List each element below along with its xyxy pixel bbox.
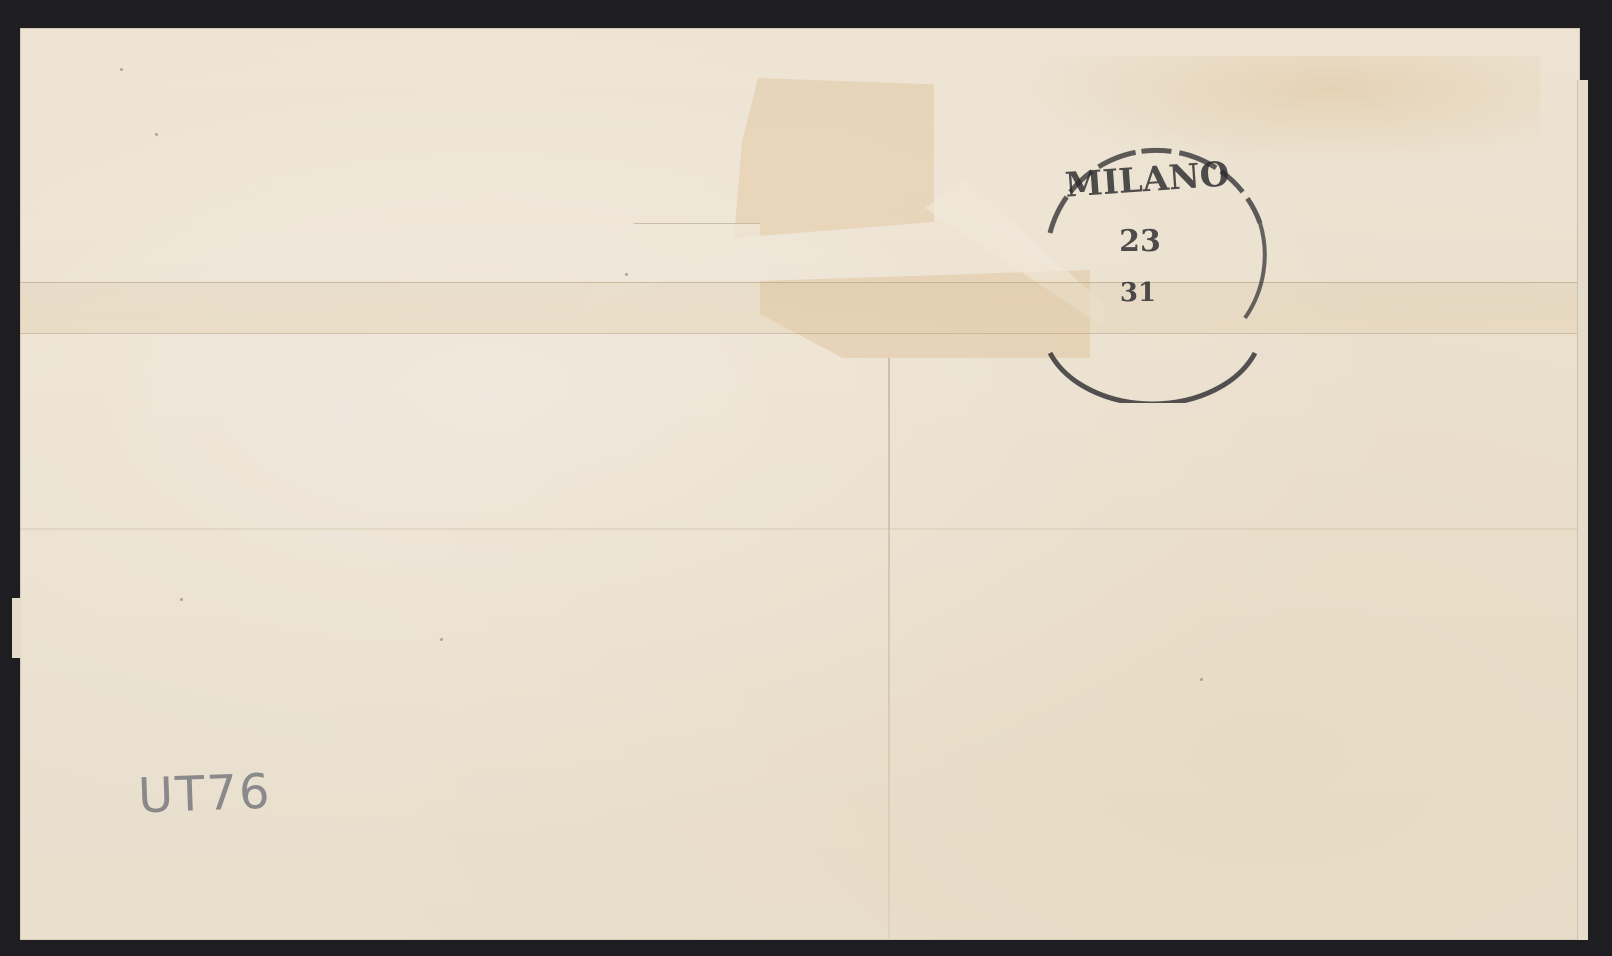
horizontal-crease [20,528,1580,530]
folded-edge-left [12,598,22,658]
paper-speck [1200,678,1203,681]
paper-speck [155,133,158,136]
postmark-date-2: 31 [1120,278,1156,308]
paper-speck [440,638,443,641]
folded-edge-right [1577,80,1588,940]
letter-sheet: MILANO 23 31 UT76 [20,28,1580,940]
pencil-annotation: UT76 [137,764,272,825]
paper-speck [180,598,183,601]
postmark-town: MILANO [1064,154,1231,205]
horizontal-fold [20,282,1580,334]
paper-speck [120,68,123,71]
vertical-crease [888,358,890,938]
seal-residue [734,78,934,238]
postmark-date-1: 23 [1119,224,1161,259]
paper-speck [625,273,628,276]
postmark: MILANO 23 31 [1020,103,1270,403]
